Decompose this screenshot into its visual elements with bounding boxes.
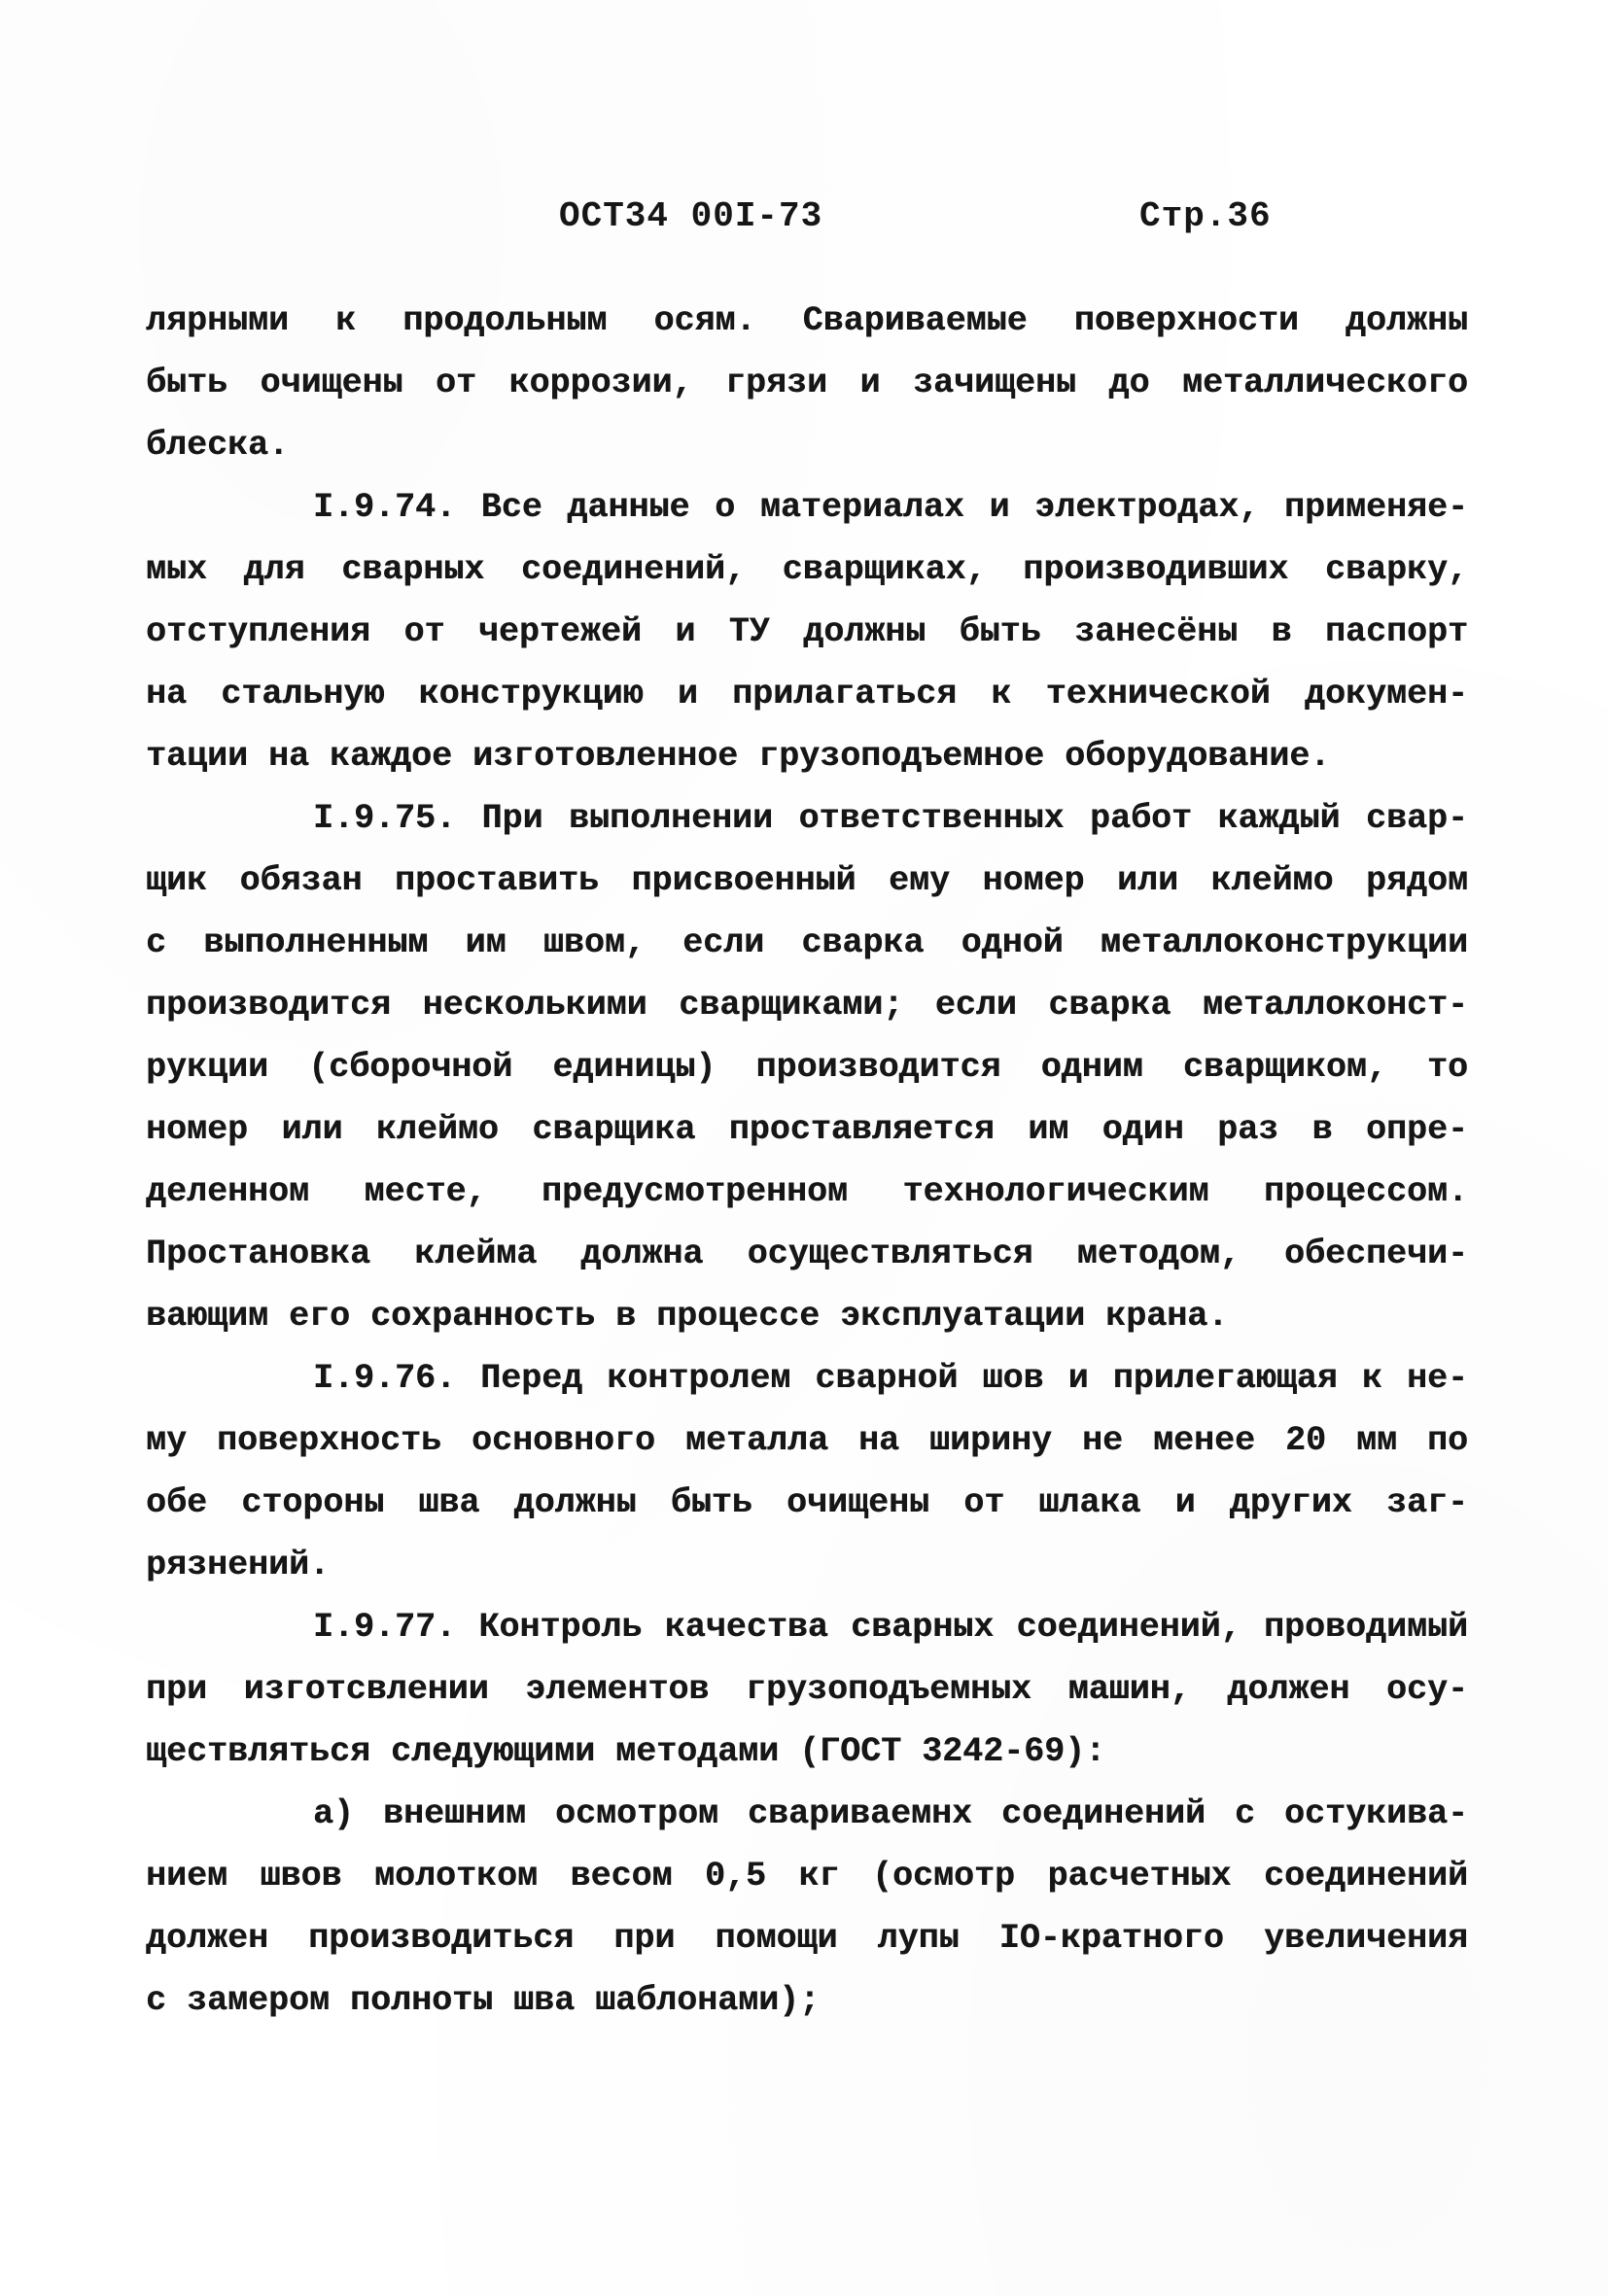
text-line: I.9.75. При выполнении ответственных раб… bbox=[146, 787, 1468, 850]
paragraph: I.9.75. При выполнении ответственных раб… bbox=[146, 787, 1468, 1347]
text-line: быть очищены от коррозии, грязи и зачище… bbox=[146, 352, 1468, 414]
text-line: му поверхность основного металла на шири… bbox=[146, 1409, 1468, 1472]
text-line: при изготсвлении элементов грузоподъемны… bbox=[146, 1658, 1468, 1721]
text-line: щик обязан проставить присвоенный ему но… bbox=[146, 850, 1468, 912]
text-line: с выполненным им швом, если сварка одной… bbox=[146, 912, 1468, 974]
paragraph: а) внешним осмотром свариваемнх соединен… bbox=[146, 1783, 1468, 2032]
text-line: рязнений. bbox=[146, 1534, 1468, 1596]
text-line: производится несколькими сварщиками; есл… bbox=[146, 974, 1468, 1036]
text-line: деленном месте, предусмотренном технолог… bbox=[146, 1161, 1468, 1223]
text-line: а) внешним осмотром свариваемнх соединен… bbox=[146, 1783, 1468, 1845]
text-line: рукции (сборочной единицы) производится … bbox=[146, 1036, 1468, 1098]
page-header: ОСТ34 00I-73 Стр.36 bbox=[0, 192, 1608, 241]
text-line: Простановка клейма должна осуществляться… bbox=[146, 1223, 1468, 1285]
text-line: I.9.77. Контроль качества сварных соедин… bbox=[146, 1596, 1468, 1658]
text-line: блеска. bbox=[146, 414, 1468, 476]
paragraph: I.9.74. Все данные о материалах и электр… bbox=[146, 476, 1468, 787]
document-body: лярными к продольным осям. Свариваемые п… bbox=[146, 290, 1468, 2032]
text-line: должен производиться при помощи лупы IО-… bbox=[146, 1907, 1468, 1969]
document-page: ОСТ34 00I-73 Стр.36 лярными к продольным… bbox=[0, 0, 1608, 2296]
text-line: лярными к продольным осям. Свариваемые п… bbox=[146, 290, 1468, 352]
text-line: тации на каждое изготовленное грузоподъе… bbox=[146, 725, 1468, 787]
text-line: с замером полноты шва шаблонами); bbox=[146, 1969, 1468, 2032]
text-line: мых для сварных соединений, сварщиках, п… bbox=[146, 539, 1468, 601]
text-line: на стальную конструкцию и прилагаться к … bbox=[146, 663, 1468, 725]
page-number: Стр.36 bbox=[1139, 192, 1272, 241]
text-line: отступления от чертежей и ТУ должны быть… bbox=[146, 601, 1468, 663]
doc-number: ОСТ34 00I-73 bbox=[559, 192, 822, 241]
paragraph: I.9.76. Перед контролем сварной шов и пр… bbox=[146, 1347, 1468, 1596]
text-line: I.9.74. Все данные о материалах и электр… bbox=[146, 476, 1468, 539]
paragraph: I.9.77. Контроль качества сварных соедин… bbox=[146, 1596, 1468, 1783]
text-line: I.9.76. Перед контролем сварной шов и пр… bbox=[146, 1347, 1468, 1409]
paragraph: лярными к продольным осям. Свариваемые п… bbox=[146, 290, 1468, 476]
text-line: номер или клеймо сварщика проставляется … bbox=[146, 1098, 1468, 1161]
text-line: вающим его сохранность в процессе эксплу… bbox=[146, 1285, 1468, 1347]
text-line: обе стороны шва должны быть очищены от ш… bbox=[146, 1472, 1468, 1534]
text-line: ществляться следующими методами (ГОСТ 32… bbox=[146, 1721, 1468, 1783]
text-line: нием швов молотком весом 0,5 кг (осмотр … bbox=[146, 1845, 1468, 1907]
